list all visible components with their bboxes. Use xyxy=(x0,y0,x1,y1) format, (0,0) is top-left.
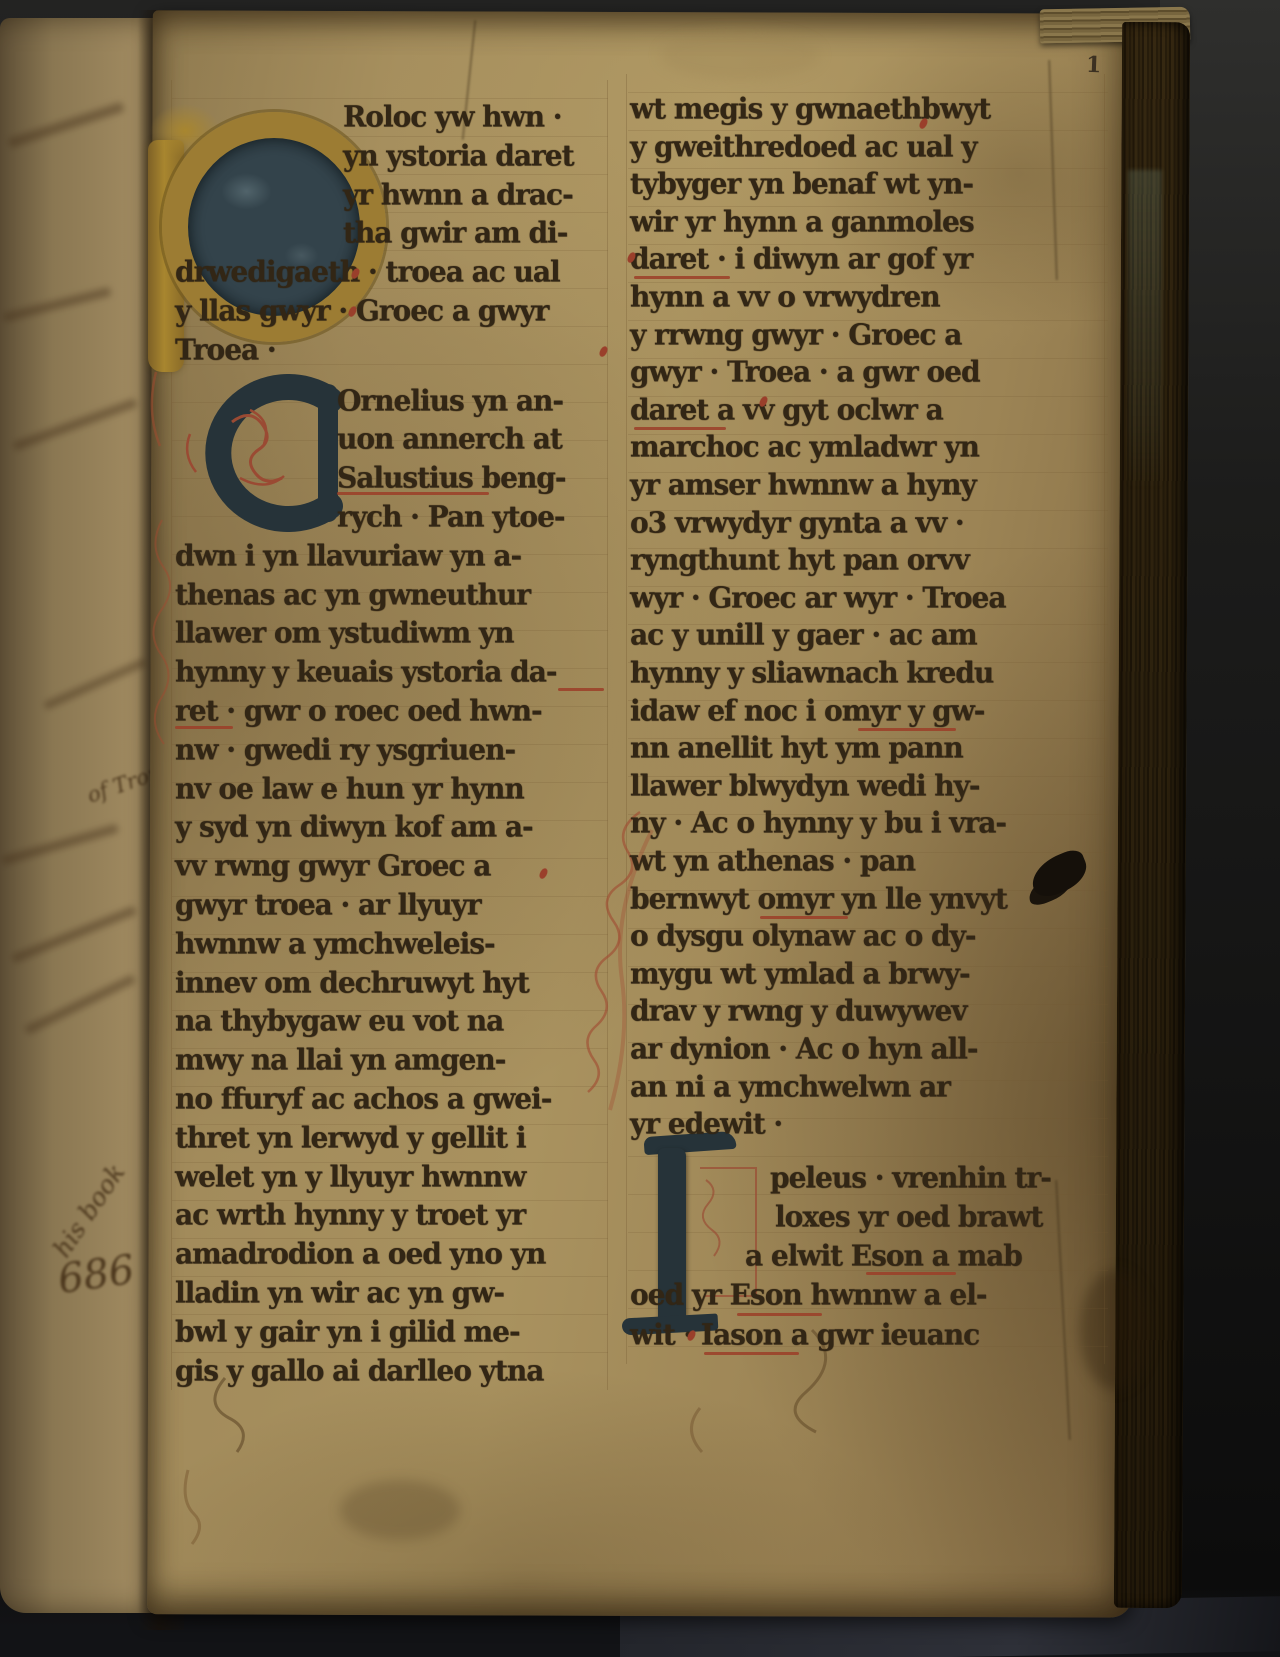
manuscript-line: hynny y sliawnach kredu xyxy=(630,655,993,689)
stain xyxy=(340,1480,460,1540)
manuscript-line: bernwyt omyr yn lle ynvyt xyxy=(630,881,1007,915)
manuscript-line: y gweithredoed ac ual y xyxy=(630,129,977,163)
manuscript-line: lladin yn wir ac yn gw- xyxy=(175,1275,504,1309)
manuscript-line: a elwit Eson a mab xyxy=(745,1239,1022,1273)
manuscript-line: oed yr Eson hwnnw a el- xyxy=(630,1278,986,1312)
manuscript-line: o3 vrwydyr gynta a vv · xyxy=(630,505,964,539)
red-underline xyxy=(704,1352,799,1355)
column-guide xyxy=(607,80,608,1390)
manuscript-line: ret · gwr o roec oed hwn- xyxy=(175,693,542,727)
red-underline xyxy=(634,276,730,279)
manuscript-line: gwyr · Troea · a gwr oed xyxy=(630,355,980,389)
red-underline xyxy=(337,492,489,495)
fore-edge-discoloration xyxy=(1128,170,1162,490)
manuscript-line: mwy na llai yn amgen- xyxy=(175,1043,505,1077)
manuscript-line: daret · i diwyn ar gof yr xyxy=(630,242,972,276)
manuscript-line: yr hwnn a drac- xyxy=(343,177,573,211)
manuscript-line: welet yn y llyuyr hwnnw xyxy=(175,1159,525,1193)
manuscript-line: o dysgu olynaw ac o dy- xyxy=(630,919,975,953)
manuscript-line: yn ystoria daret xyxy=(343,138,574,172)
manuscript-line: wt megis y gwnaethbwyt xyxy=(630,91,990,125)
manuscript-photo: of Troy his book 686 1 P C I xyxy=(0,0,1280,1657)
manuscript-line: thret yn lerwyd y gellit i xyxy=(175,1120,525,1154)
manuscript-line: y llas gwyr · Groec a gwyr xyxy=(175,293,548,327)
manuscript-line: idaw ef noc i omyr y gw- xyxy=(630,693,984,727)
manuscript-line: wit · Iason a gwr ieuanc xyxy=(630,1317,979,1351)
manuscript-line: hwnnw a ymchweleis- xyxy=(175,926,495,960)
manuscript-line: no ffuryf ac achos a gwei- xyxy=(175,1081,551,1115)
manuscript-line: nn anellit hyt ym pann xyxy=(630,731,963,765)
manuscript-line: Roloc yw hwn · xyxy=(343,99,562,133)
red-underline xyxy=(175,726,233,729)
manuscript-line: nv oe law e hun yr hynn xyxy=(175,771,524,805)
manuscript-line: y syd yn diwyn kof am a- xyxy=(175,810,533,844)
manuscript-line: marchoc ac ymladwr yn xyxy=(630,430,979,464)
manuscript-line: nw · gwedi ry ysgriuen- xyxy=(175,732,515,766)
manuscript-line: wt yn athenas · pan xyxy=(630,843,915,877)
folio-number: 1 xyxy=(1086,52,1102,79)
manuscript-line: Ornelius yn an- xyxy=(337,383,563,417)
manuscript-line: llawer blwydyn wedi hy- xyxy=(630,768,980,802)
manuscript-line: tybyger yn benaf wt yn- xyxy=(630,167,973,201)
manuscript-line: loxes yr oed brawt xyxy=(775,1199,1042,1233)
manuscript-line: wir yr hynn a ganmoles xyxy=(630,204,974,238)
manuscript-line: vv rwng gwyr Groec a xyxy=(175,849,490,883)
manuscript-line: thenas ac yn gwneuthur xyxy=(175,577,530,611)
manuscript-line: an ni a ymchwelwn ar xyxy=(630,1069,950,1103)
manuscript-line: Salustius beng- xyxy=(337,461,566,495)
manuscript-line: drav y rwng y duwywev xyxy=(630,994,967,1028)
manuscript-line: na thybygaw eu vot na xyxy=(175,1004,503,1038)
manuscript-line: ny · Ac o hynny y bu i vra- xyxy=(630,806,1006,840)
stain xyxy=(1080,1270,1150,1390)
manuscript-line: amadrodion a oed yno yn xyxy=(175,1237,545,1271)
red-underline xyxy=(760,916,848,919)
manuscript-line: gwyr troea · ar llyuyr xyxy=(175,887,481,921)
manuscript-line: bwl y gair yn i gilid me- xyxy=(175,1314,520,1348)
manuscript-line: daret a vv gyt oclwr a xyxy=(630,392,943,426)
manuscript-line: mygu wt ymlad a brwy- xyxy=(630,956,970,990)
red-underline xyxy=(858,728,956,731)
manuscript-line: rych · Pan ytoe- xyxy=(337,499,565,533)
manuscript-line: yr edewit · xyxy=(630,1107,782,1141)
manuscript-line: wyr · Groec ar wyr · Troea xyxy=(630,580,1006,614)
manuscript-line: peleus · vrenhin tr- xyxy=(770,1160,1051,1194)
column-guide xyxy=(626,74,627,1364)
manuscript-line: ac wrth hynny y troet yr xyxy=(175,1198,525,1232)
initial-letter: C xyxy=(180,374,181,375)
manuscript-line: ar dynion · Ac o hyn all- xyxy=(630,1031,977,1065)
red-underline xyxy=(866,1272,956,1275)
column-guide xyxy=(1104,74,1105,1364)
red-underline xyxy=(737,1313,822,1316)
manuscript-line: ac y unill y gaer · ac am xyxy=(630,618,977,652)
stain xyxy=(660,30,820,80)
manuscript-line: drwedigaeth · troea ac ual xyxy=(175,255,560,289)
manuscript-line: hynn a vv o vrwydren xyxy=(630,279,940,313)
manuscript-line: uon annerch at xyxy=(337,422,562,456)
manuscript-line: y rrwng gwyr · Groec a xyxy=(630,317,961,351)
manuscript-line: yr amser hwnnw a hyny xyxy=(630,467,976,501)
manuscript-line: llawer om ystudiwm yn xyxy=(175,616,514,650)
manuscript-line: innev om dechruwyt hyt xyxy=(175,965,529,999)
red-underline xyxy=(558,688,604,691)
manuscript-line: hynny y keuais ystoria da- xyxy=(175,655,557,689)
manuscript-line: gis y gallo ai darlleo ytna xyxy=(175,1353,543,1387)
red-underline xyxy=(634,427,726,430)
manuscript-line: tha gwir am di- xyxy=(343,216,567,250)
manuscript-line: Troea · xyxy=(175,332,276,366)
manuscript-line: ryngthunt hyt pan orvv xyxy=(630,543,969,577)
decorated-initial-c: C xyxy=(180,374,348,532)
manuscript-line: dwn i yn llavuriaw yn a- xyxy=(175,538,521,572)
